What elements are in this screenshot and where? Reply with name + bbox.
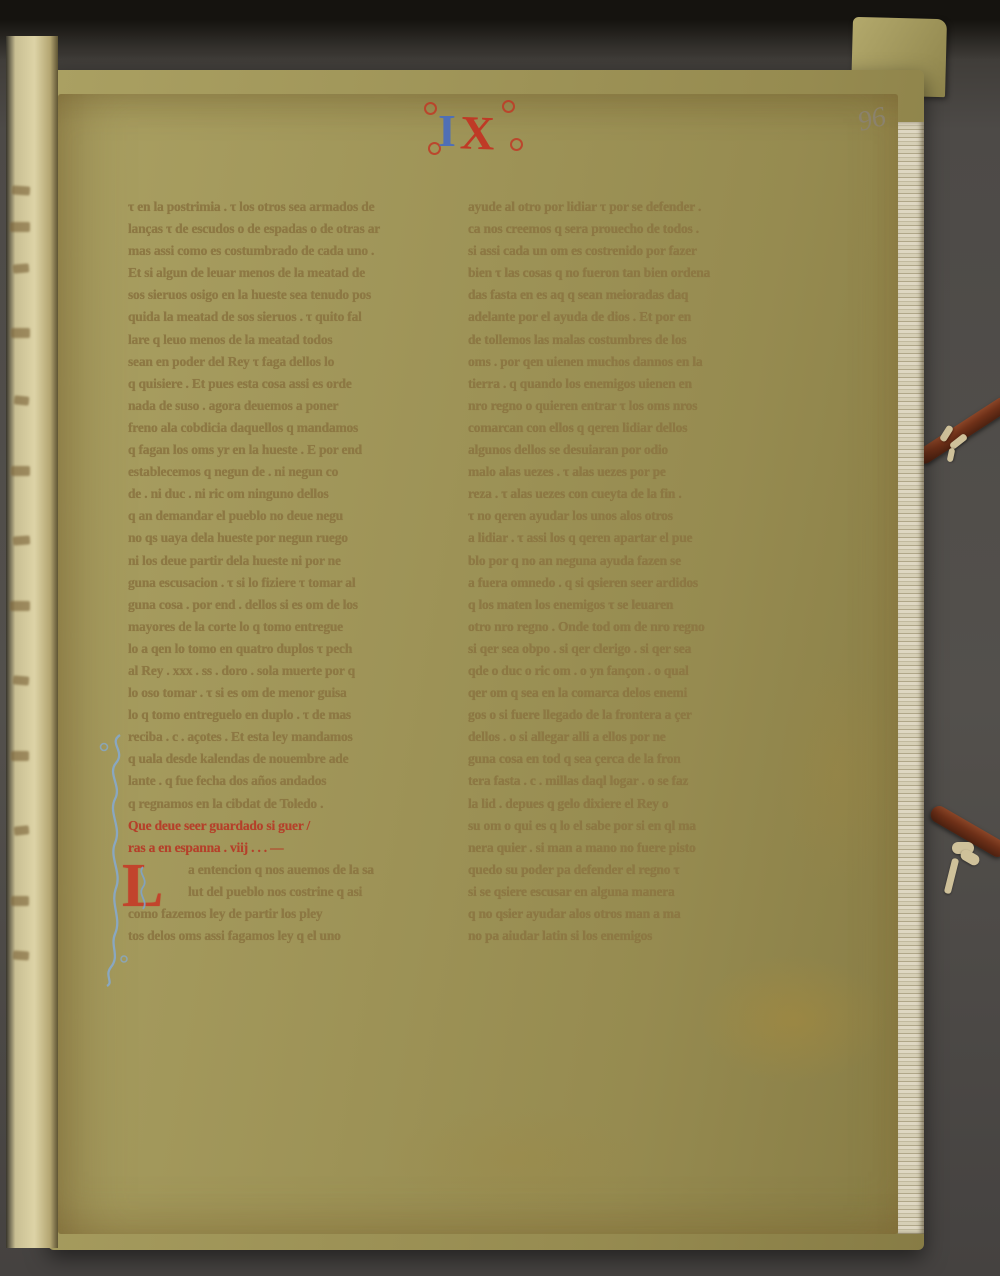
manuscript-text-line: q an demandar el pueblo no deue negu [128,505,476,527]
edge-text-fragment [11,896,29,906]
manuscript-text-line: otro nro regno . Onde tod om de nro regn… [468,616,824,638]
facing-page-edge [6,36,58,1248]
manuscript-text-line: lante . q fue fecha dos años andados [128,770,476,792]
manuscript-text-line: τ no qeren ayudar los unos alos otros [468,505,824,527]
manuscript-text-line: q fagan los oms yr en la hueste . E por … [128,439,476,461]
manuscript-text-line: freno ala cobdicia daquellos q mandamos [128,417,476,439]
manuscript-text-line: sean en poder del Rey τ faga dellos lo [128,351,476,373]
manuscript-text-line: q regnamos en la cibdat de Toledo . [128,793,476,815]
left-column-body: τ en la postrimia . τ los otros sea arma… [128,196,476,815]
manuscript-text-line: comarcan con ellos q qeren lidiar dellos [468,417,824,439]
manuscript-text-line: tera fasta . c . millas daql logar . o s… [468,770,824,792]
manuscript-text-line: reza . τ alas uezes con cueyta de la fin… [468,483,824,505]
manuscript-text-line: lo a qen lo tomo en quatro duplos τ pech [128,638,476,660]
manuscript-text-line: das fasta en es aq q sean meioradas daq [468,284,824,306]
manuscript-text-line: nada de suso . agora deuemos a poner [128,395,476,417]
manuscript-text-line: adelante por el ayuda de dios . Et por e… [468,306,824,328]
manuscript-text-line: si se qsiere escusar en alguna manera [468,881,824,903]
edge-text-fragment [13,675,30,685]
manuscript-page: I X 96 τ en la postrimia . τ los otros s… [58,94,898,1234]
manuscript-text-line: qer om q sea en la comarca delos enemi [468,682,824,704]
manuscript-text-line: a entencion q nos auemos de la sa [128,859,476,881]
edge-text-fragment [12,185,31,195]
edge-text-fragment [11,328,30,338]
manuscript-text-line: al Rey . xxx . ss . doro . sola muerte p… [128,660,476,682]
folio-number: 96 [855,101,890,139]
manuscript-text-line: lut del pueblo nos costrine q asi [128,881,476,903]
manuscript-text-line: qde o duc o ric om . o yn fançon . o qua… [468,660,824,682]
manuscript-text-line: mas assi como es costumbrado de cada uno… [128,240,476,262]
manuscript-text-line: lare q leuo menos de la meatad todos [128,329,476,351]
right-column-body: ayude al otro por lidiar τ por se defend… [468,196,824,947]
parchment-stain [698,954,888,1084]
manuscript-text-line: quedo su poder pa defender el regno τ [468,859,824,881]
manuscript-text-line: Et si algun de leuar menos de la meatad … [128,262,476,284]
manuscript-text-line: τ en la postrimia . τ los otros sea arma… [128,196,476,218]
edge-text-fragment [10,222,30,232]
rubricator-ring-ornament [424,102,437,115]
manuscript-text-line: quida la meatad de sos sieruos . τ quito… [128,306,476,328]
edge-text-fragment [13,535,31,545]
manuscript-text-line: oms . por qen uienen muchos dannos en la [468,351,824,373]
manuscript-text-line: ni los deue partir dela hueste ni por ne [128,550,476,572]
page-fore-edge [898,122,924,1234]
edge-text-fragment [11,466,30,476]
manuscript-photograph: I X 96 τ en la postrimia . τ los otros s… [0,0,1000,1276]
manuscript-text-line: a lidiar . τ assi los q qeren apartar el… [468,527,824,549]
manuscript-text-line: su om o qui es q lo el sabe por si en ql… [468,815,824,837]
manuscript-text-line: blo por q no an neguna ayuda fazen se [468,550,824,572]
manuscript-text-line: como fazemos ley de partir los pley [128,903,476,925]
paragraph-body: a entencion q nos auemos de la salut del… [128,859,476,947]
rubricator-ring-ornament [510,138,523,151]
rubric-line: Que deue seer guardado si guer / [128,815,476,837]
manuscript-text-line: establecemos q negun de . ni negun co [128,461,476,483]
manuscript-text-line: bien τ las cosas q no fueron tan bien or… [468,262,824,284]
manuscript-text-line: lo oso tomar . τ si es om de menor guisa [128,682,476,704]
edge-text-fragment [13,950,30,960]
manuscript-text-line: guna cosa . por end . dellos si es om de… [128,594,476,616]
manuscript-text-line: ca nos creemos q sera prouecho de todos … [468,218,824,240]
manuscript-text-line: lanças τ de escudos o de espadas o de ot… [128,218,476,240]
manuscript-text-line: dellos . o si allegar alli a ellos por n… [468,726,824,748]
manuscript-text-line: q uala desde kalendas de nouembre ade [128,748,476,770]
manuscript-text-line: de tollemos las malas costumbres de los [468,329,824,351]
rubric-line: ras a en espanna . viij . . . — [128,837,476,859]
manuscript-text-line: nro regno o quieren entrar τ los oms nro… [468,395,824,417]
edge-text-fragment [10,601,30,611]
manuscript-text-line: mayores de la corte lo q tomo entregue [128,616,476,638]
manuscript-text-line: si qer sea obpo . si qer clerigo . si qe… [468,638,824,660]
rubricator-ring-ornament [502,100,515,113]
manuscript-text-line: q quisiere . Et pues esta cosa assi es o… [128,373,476,395]
manuscript-text-line: ayude al otro por lidiar τ por se defend… [468,196,824,218]
manuscript-text-line: malo alas uezes . τ alas uezes por pe [468,461,824,483]
edge-text-fragment [14,825,30,836]
manuscript-text-line: algunos dellos se desuiaran por odio [468,439,824,461]
left-text-column: τ en la postrimia . τ los otros sea arma… [128,196,476,947]
manuscript-text-line: q los maten los enemigos τ se leuaren [468,594,824,616]
manuscript-text-line: q no qsier ayudar alos otros man a ma [468,903,824,925]
manuscript-text-line: reciba . c . açotes . Et esta ley mandam… [128,726,476,748]
manuscript-text-line: tos delos oms assi fagamos ley q el uno [128,925,476,947]
edge-text-fragment [13,263,30,273]
manuscript-text-line: lo q tomo entreguelo en duplo . τ de mas [128,704,476,726]
manuscript-text-line: si assi cada un om es costrenido por faz… [468,240,824,262]
right-text-column: ayude al otro por lidiar τ por se defend… [468,196,824,947]
manuscript-text-line: tierra . q quando los enemigos uienen en [468,373,824,395]
manuscript-text-line: guna escusacion . τ si lo fiziere τ toma… [128,572,476,594]
chapter-numeral-ix: I X [426,102,536,160]
manuscript-text-line: no pa aiudar latin si los enemigos [468,925,824,947]
manuscript-text-line: a fuera omnedo . q si qsieren seer ardid… [468,572,824,594]
edge-text-fragment [11,751,29,761]
rubric-heading: Que deue seer guardado si guer /ras a en… [128,815,476,859]
manuscript-text-line: guna cosa en tod q sea çerca de la fron [468,748,824,770]
initial-filigree-icon [130,863,156,915]
numeral-i: I [438,108,456,154]
manuscript-text-line: gos o si fuere llegado de la frontera a … [468,704,824,726]
manuscript-text-line: nera quier . si man a mano no fuere pist… [468,837,824,859]
new-law-paragraph: L a entencion q nos auemos de la salut d… [128,859,476,947]
manuscript-text-line: la lid . depues q gelo dixiere el Rey o [468,793,824,815]
parchment-stain [388,1104,648,1214]
numeral-x: X [459,109,495,158]
manuscript-text-line: no qs uaya dela hueste por negun ruego [128,527,476,549]
manuscript-book: I X 96 τ en la postrimia . τ los otros s… [0,0,1000,1276]
edge-text-fragment [14,395,30,406]
manuscript-text-line: de . ni duc . ni ric om ninguno dellos [128,483,476,505]
manuscript-text-line: sos sieruos osigo en la hueste sea tenud… [128,284,476,306]
